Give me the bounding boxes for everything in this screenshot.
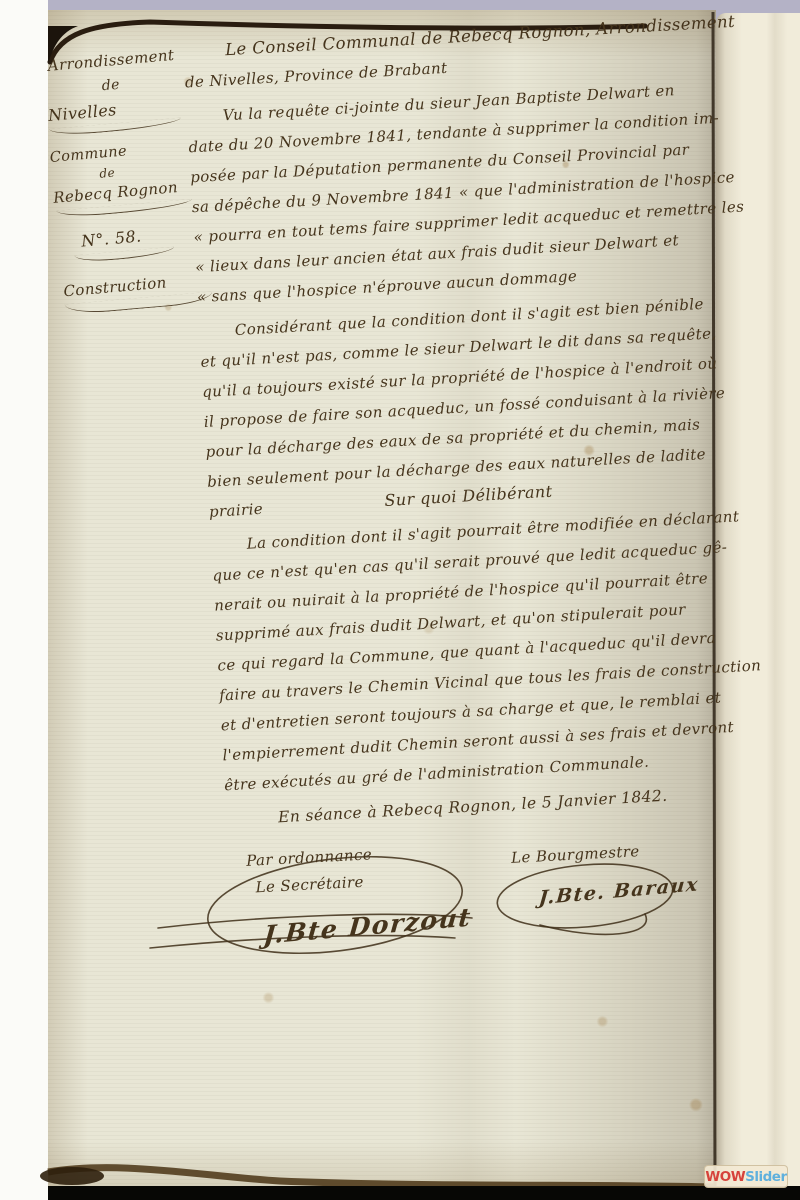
manuscript-block-para: Vu la requête ci-jointe du sieur Jean Ba… — [186, 73, 717, 312]
signature-block-mayor: Le Bourgmestre J.Bte. Baraux — [510, 835, 699, 908]
archival-manuscript-photo: Arrondissement de Nivelles Commune de Re… — [0, 0, 800, 1200]
wowslider-watermark[interactable]: WOWSlider — [704, 1165, 788, 1188]
scan-white-margin — [0, 0, 48, 1200]
manuscript-block-para: La condition dont il s'agit pourrait êtr… — [210, 502, 744, 801]
watermark-slider-text: Slider — [745, 1169, 786, 1185]
watermark-wow-text: WOW — [705, 1169, 745, 1185]
signature-block-secretary: Par ordonnance Le Secrétaire J.Bte Dorzo… — [246, 836, 472, 946]
manuscript-body: Le Conseil Communal de Rebecq Rognon, Ar… — [182, 9, 746, 841]
